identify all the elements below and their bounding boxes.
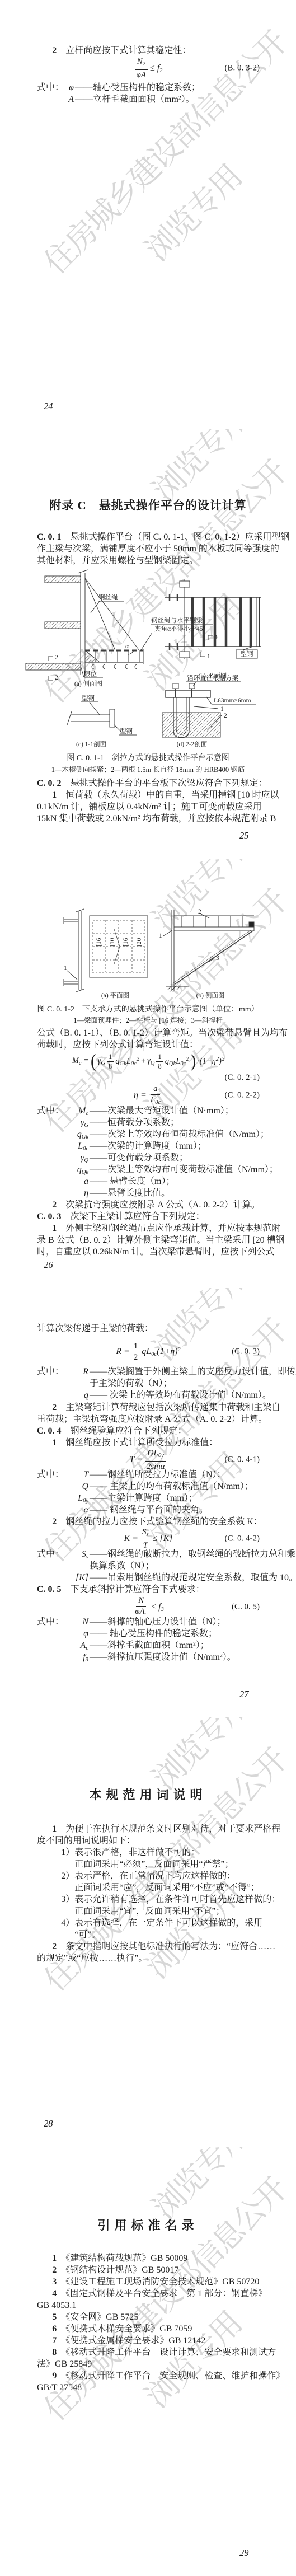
subfig-c-caption: (c) 1-1剖面 (76, 740, 106, 748)
text-line: 录 B 公式（B. 0. 2）计算外侧主梁弯矩值。当主梁采用 [20 槽钢 (37, 1234, 260, 1246)
definition-line: q—— 次梁上的等效均布荷载设计值（N/mm）。 (37, 1389, 260, 1401)
standards-list: 1 《建筑结构荷载规范》GB 500092 《钢结构设计规范》GB 500173… (37, 2252, 260, 2394)
equation-number: (C. 0. 5) (232, 1603, 260, 1612)
section-title: 本规范用词说明 (0, 1786, 296, 1803)
page-number: 28 (44, 2118, 53, 2129)
equation-number: (B. 0. 3-2) (225, 64, 260, 73)
paragraph: 1 为便于在执行本规范条文时区别对待，对于要求严格程度不同的用词说明如下：1）表… (37, 1823, 260, 1964)
text-line: 度不同的用词说明如下： (37, 1835, 260, 1847)
equation-number: (C. 0. 3) (232, 1347, 260, 1357)
paragraph: 2 立杆尚应按下式计算其稳定性： (37, 45, 260, 57)
formula-C041: T = QL0y2sinα (C. 0. 4-1) (37, 1449, 260, 1471)
definition-line: L0c——次梁的计算跨度（mm）； (37, 1140, 260, 1152)
fraction: N2φA (134, 57, 148, 81)
definition-line: f3——斜撑抗压强度设计值（N/mm²）。 (37, 1651, 260, 1663)
definition-line: qQk——次梁上等效均布可变荷载标准值（N/mm）； (37, 1164, 260, 1175)
definition-list: 式中：Mc——次梁最大弯矩设计值（N·mm）；γG——恒荷载分项系数；qGk——… (37, 1105, 260, 1199)
callout-1: 1 (159, 933, 162, 939)
text-line: 法》GB 25849 (37, 2358, 260, 2370)
definition-list: 式中：φ——轴心受压构件的稳定系数；A——立杆毛截面面积（mm²）。 (37, 82, 260, 105)
text-line: 15kN 集中荷载或 2.0kN/m² 均布荷载，并应按依本规范附录 B (37, 813, 260, 825)
page-28: 住房城乡建设部信息公开 浏览专用 浏览专用 本规范用词说明 1 为便于在执行本规… (0, 1717, 296, 2147)
formula-C03: R = 12 qL0c(1+η)2 (C. 0. 3) (37, 1339, 260, 1364)
figure-caption: 图 C. 0. 1-2 下支承方式的悬挑式操作平台示意图（单位：mm） (0, 1003, 296, 1014)
text-line: 1 钢丝绳应按下式计算所受拉力标准值： (37, 1437, 260, 1449)
page-24: 住房城乡建设部信息公开 浏览专用 2 立杆尚应按下式计算其稳定性： N2φA ≤… (0, 0, 296, 429)
definition-line: 式中：φ——轴心受压构件的稳定系数； (37, 82, 260, 93)
limit-label: 限位 (84, 671, 97, 678)
channel-label: [20 (136, 938, 143, 947)
text-line: 公式（B. 0. 1-1）、（B. 0. 1-2）计算弯矩。当次梁带悬臂且为均布 (37, 1027, 260, 1039)
definition-line: [K]——吊索用钢丝绳的规范规定安全系数，取值为 10。 (37, 1572, 260, 1584)
definition-line: Q—— 主梁上的均布荷载标准值（N/mm）； (37, 1481, 260, 1492)
watermark-text: 浏览专用 (142, 2147, 257, 2228)
page-27: 住房城乡建设部信息公开 浏览专用 浏览专用 计算次梁传递于主梁的荷载： R = … (0, 1288, 296, 1717)
text-line: 1 《建筑结构荷载规范》GB 50009 (37, 2252, 260, 2264)
page-29: 住房城乡建设部信息公开 浏览专用 浏览专用 引用标准名录 1 《建筑结构荷载规范… (0, 2147, 296, 2576)
section-2-2-drawing (162, 682, 256, 738)
text-line: 正面词采用“应”，反面词采用“不应”或“不得”； (37, 1882, 260, 1894)
equation-number: (C. 0. 4-2) (225, 1534, 260, 1544)
figure-subcaption: 1—梁面预埋件；2—栏杆与 [16 焊接；3—斜撑杆 (0, 1015, 296, 1025)
page-number: 29 (239, 2547, 249, 2559)
text-line: 6 《便携式木梯安全要求》GB 7059 (37, 2323, 260, 2335)
text-line: 其他材料，并应采用螺栓与型钢梁固定。 (37, 555, 260, 566)
close-paren: ) (190, 1052, 196, 1070)
page-number: 24 (44, 401, 53, 412)
steel-label: 型钢 (120, 727, 133, 735)
angle-note-line2: 夹角α不得小于45° (154, 625, 206, 633)
text-line: 2 条文中指明应按其他标准执行的写法为：“应符合…… (37, 1941, 260, 1952)
definition-line: A——立杆毛截面面积（mm²）。 (37, 93, 260, 105)
callout-1: 1 (220, 706, 224, 713)
definition-list: 式中：Ss——钢丝绳的破断拉力，取钢丝绳的破断拉力总和乘以换算系数（N）；[K]… (37, 1548, 260, 1584)
paragraph: 2 钢丝绳的拉力应按下式验算钢丝绳的安全系数 K： (37, 1516, 260, 1528)
paragraph: C. 0. 5 下支承斜撑计算应符合下式要求： (37, 1584, 260, 1595)
watermark-text: 浏览专用 (134, 154, 250, 269)
section-mark-1: 1 (215, 634, 218, 641)
definition-line: 换算系数（N）； (37, 1560, 260, 1572)
text-line: 作主梁与次梁，满铺厚度不应小于 50mm 的木板或同等强度的 (37, 543, 260, 555)
text-line: 重荷载；主梁抗弯强度应按附录 A 公式（A. 0. 2-2）计算。 (37, 1413, 260, 1425)
callout-2: 2 (224, 713, 227, 719)
formula-C042: K = SsT ≤ [K] (C. 0. 4-2) (37, 1528, 260, 1550)
appendix-title: 附录 C 悬挑式操作平台的设计计算 (0, 497, 296, 513)
open-paren: ( (91, 1052, 96, 1070)
text-line: C. 0. 4 钢丝绳验算应符合下列规定： (37, 1425, 260, 1437)
definition-list: 式中：N——斜撑的轴心压力设计值（N）；φ—— 轴心受压构件的稳定系数；Ac——… (37, 1616, 260, 1663)
text-line: 2 主梁弯矩计算荷载应包括次梁所传递集中荷载和主梁自 (37, 1402, 260, 1413)
text-line: 时，自重应以 0.26kN/m 计。当次梁带悬臂时，应按下列公式 (37, 1246, 260, 1258)
subfig-a-caption: (a) 侧面图 (74, 680, 102, 687)
equation-number: (C. 0. 2-2) (225, 1091, 260, 1100)
scanned-standard-document: 住房城乡建设部信息公开 浏览专用 2 立杆尚应按下式计算其稳定性： N2φA ≤… (0, 0, 296, 2576)
definition-line: 式中：T——钢丝绳所受拉力标准值（N）； (37, 1469, 260, 1481)
text-line: C. 0. 5 下支承斜撑计算应符合下式要求： (37, 1584, 260, 1595)
figure-C011-drawing: 钢丝绳 钢丝绳与水平钢梁 夹角α不得小于45° α 限位 2 2 1 1 型钢 … (21, 568, 262, 751)
definition-line: 式中：Mc——次梁最大弯矩设计值（N·mm）； (37, 1105, 260, 1117)
figure-C012-drawing: [16 [10 [16 [20 1 2 1 3 (a) 平面图 (b) 侧面图 (31, 907, 261, 1001)
text-line: 的规定”或“应按……执行”。 (37, 1952, 260, 1964)
text-line: 4）表示有选择，在一定条件下可以这样做的，采用 (37, 1917, 260, 1929)
steel-label: 型钢 (82, 694, 95, 702)
page-number: 26 (44, 1259, 53, 1271)
channel-label: [16 (96, 938, 102, 947)
definition-line: 于主梁的荷载（N）； (37, 1378, 260, 1389)
text-line: 正面词采用“必须”，反面词采用“严禁”； (37, 1858, 260, 1870)
text-line: 荷载时，应按下列公式计算弯矩设计值： (37, 1039, 260, 1051)
text-line: 1 外侧主梁和钢丝绳吊点应作承载计算，并应按本规范附 (37, 1223, 260, 1234)
definition-line: Ac——斜撑毛截面面积（mm²）； (37, 1640, 260, 1651)
paragraph: C. 0. 2 悬挑式操作平台的平台板下次梁应符合下列规定：1 恒荷载（永久荷载… (37, 778, 260, 825)
text-line: 2 立杆尚应按下式计算其稳定性： (37, 45, 260, 57)
paragraph: 2 主梁弯矩计算荷载应包括次梁所传递集中荷载和主梁自重荷载；主梁抗弯强度应按附录… (37, 1402, 260, 1449)
text-line: 2）表示严格，在正常情况下均应这样做的： (37, 1870, 260, 1882)
text-line: 2 《钢结构设计规范》GB 50017 (37, 2264, 260, 2276)
side-view-drawing (163, 910, 254, 991)
text-line: GB/T 27548 (37, 2382, 260, 2394)
text-line: C. 0. 2 悬挑式操作平台的平台板下次梁应符合下列规定： (37, 778, 260, 789)
paragraph: 计算次梁传递于主梁的荷载： (37, 1323, 260, 1334)
definition-line: η——悬臂长度比值。 (37, 1187, 260, 1199)
definition-list: 式中：R——次梁搁置于外侧主梁上的支座反力设计值，即传递于主梁的荷载（N）；q—… (37, 1366, 260, 1401)
text-line: 4 《固定式钢梯及平台安全要求 第 1 部分：钢直梯》 (37, 2288, 260, 2299)
paragraph: 公式（B. 0. 1-1）、（B. 0. 1-2）计算弯矩。当次梁带悬臂且为均布… (37, 1027, 260, 1051)
text-line: 5 《安全网》GB 5725 (37, 2311, 260, 2323)
channel-label: [10 (109, 938, 116, 947)
text-line: 3）表示允许稍有选择，在条件许可时首先应这样做的： (37, 1894, 260, 1905)
text-line: 0.1kN/m 计，铺板应以 0.4kN/m² 计；施工可变荷载应采用 (37, 801, 260, 813)
formula-C021: Mc = ( γG 18 qGkL0c2 + γQ 18 qQkL0c2 ) ·… (37, 1051, 260, 1072)
definition-line: L0y——主梁计算跨度（mm）； (37, 1492, 260, 1504)
alpha-symbol: α (125, 643, 129, 650)
equation-number: (C. 0. 4-1) (225, 1455, 260, 1465)
definition-line: γQ——可变荷载分项系数； (37, 1152, 260, 1164)
angle-note-line1: 钢丝绳与水平钢梁 (151, 616, 203, 624)
definition-line: 式中：Ss——钢丝绳的破断拉力，取钢丝绳的破断拉力总和乘以 (37, 1548, 260, 1560)
definition-line: qGk——次梁上等效均布恒荷载标准值（N/mm）； (37, 1128, 260, 1140)
page-25: 住房城乡建设部信息公开 浏览专用 浏览专用 附录 C 悬挑式操作平台的设计计算 … (0, 429, 296, 859)
fraction: aL0c (148, 1084, 163, 1108)
text-line: 8 《移动式升降工作平台 设计计算、安全要求和测试方 (37, 2346, 260, 2358)
definition-line: γG——恒荷载分项系数； (37, 1117, 260, 1128)
subfig-b-caption: (b) 侧面图 (196, 992, 225, 999)
callout-2: 2 (198, 908, 201, 915)
text-line: 7 《便携式金属梯安全要求》GB 12142 (37, 2335, 260, 2346)
angle-steel-size-label: L63mm×6mm (214, 697, 251, 704)
figure-labels: 钢丝绳 钢丝绳与水平钢梁 夹角α不得小于45° α 限位 2 2 1 1 型钢 … (55, 593, 253, 748)
section-title: 引用标准名录 (0, 2216, 296, 2233)
definition-line: α—— 钢丝绳与平台面的夹角。 (37, 1504, 260, 1516)
channel-label: [16 (123, 938, 129, 947)
subfig-a-caption: (a) 平面图 (101, 992, 129, 999)
text-line: C. 0. 1 悬挑式操作平台（图 C. 0. 1-1、图 C. 0. 1-2）… (37, 531, 260, 543)
callout-3: 3 (216, 955, 219, 962)
paragraph: 2 次梁抗弯强度应按附录 A 公式（A. 0. 2-2）计算。C. 0. 3 次… (37, 1199, 260, 1258)
page-number: 27 (239, 1689, 249, 1700)
text-line: 1 为便于在执行本规范条文时区别对待，对于要求严格程 (37, 1823, 260, 1835)
text-line: 1 恒荷载（永久荷载）中的自重，当采用槽钢 [10 时应以 (37, 789, 260, 801)
definition-line: a—— 悬臂长度（m）； (37, 1175, 260, 1187)
text-line: “可”。 (37, 1929, 260, 1941)
paragraph: C. 0. 1 悬挑式操作平台（图 C. 0. 1-1、图 C. 0. 1-2）… (37, 531, 260, 566)
fraction: 12 (131, 1341, 140, 1363)
subfig-d-caption: (d) 2-2剖面 (177, 740, 208, 748)
definition-line: φ—— 轴心受压构件的稳定系数； (37, 1628, 260, 1640)
text-line: 2 钢丝绳的拉力应按下式验算钢丝绳的安全系数 K： (37, 1516, 260, 1528)
definition-list: 式中：T——钢丝绳所受拉力标准值（N）；Q—— 主梁上的均布荷载标准值（N/mm… (37, 1469, 260, 1516)
subfig-b-caption: (b) 平面图 (199, 672, 227, 680)
section-mark-1: 1 (207, 653, 210, 660)
text-line: 3 《建设工程施工现场消防安全技术规范》GB 50720 (37, 2276, 260, 2288)
callout-1: 1 (64, 965, 67, 972)
text-line: 9 《移动式升降工作平台 安全规则、检查、维护和操作》 (37, 2370, 260, 2382)
text-line: C. 0. 3 次梁下主梁计算应符合下列规定： (37, 1211, 260, 1223)
plan-view-drawing (64, 909, 148, 992)
fraction: 18 (107, 1052, 114, 1071)
definition-line: 式中：N——斜撑的轴心压力设计值（N）； (37, 1616, 260, 1628)
rope-label: 钢丝绳 (98, 593, 118, 601)
definition-line: 式中：R——次梁搁置于外侧主梁上的支座反力设计值，即传递 (37, 1366, 260, 1378)
figure-subcaption: 1—木楔侧向揳紧；2—两根 1.5m 长直径 18mm 的 HRB400 钢筋 (0, 764, 296, 774)
text-line: 1）表示很严格，非这样做不可的： (37, 1847, 260, 1858)
page-number: 25 (239, 830, 249, 841)
section-mark-2: 2 (55, 675, 58, 681)
text-line: GB 4053.1 (37, 2299, 260, 2311)
text-line: 正面词采用“宜”，反面词采用“不宜”； (37, 1905, 260, 1917)
fraction: SsT (140, 1527, 151, 1551)
text-line: 计算次梁传递于主梁的荷载： (37, 1323, 260, 1334)
text-line: 2 次梁抗弯强度应按附录 A 公式（A. 0. 2-2）计算。 (37, 1199, 260, 1211)
figure-caption: 图 C. 0. 1-1 斜拉方式的悬挑式操作平台示意图 (0, 752, 296, 763)
fraction: 18 (156, 1052, 163, 1071)
formula-B032: N2φA ≤ f2 (B. 0. 3-2) (37, 56, 260, 81)
section-mark-2: 2 (55, 654, 58, 661)
formula-C022: η = aL0c (C. 0. 2-2) (37, 1085, 260, 1106)
equation-number: (C. 0. 2-1) (37, 1073, 260, 1083)
steel-label: 型钢 (241, 650, 253, 658)
page-26: 住房城乡建设部信息公开 浏览专用 浏览专用 (0, 859, 296, 1288)
